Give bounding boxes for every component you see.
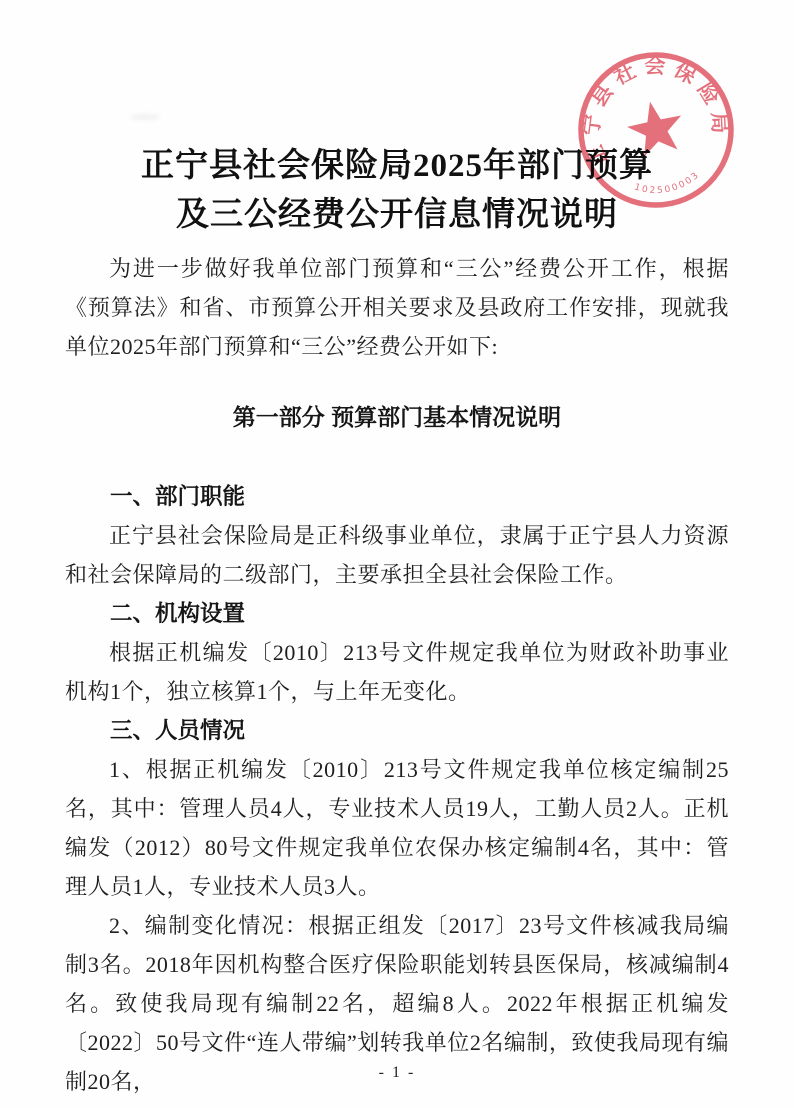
document-content: 正宁县社会保险局2025年部门预算 及三公经费公开信息情况说明 为进一步做好我单… <box>0 0 794 1101</box>
part1-heading: 第一部分 预算部门基本情况说明 <box>65 398 729 437</box>
scan-artifact <box>130 114 160 120</box>
section3-heading: 三、人员情况 <box>65 711 729 750</box>
section2-heading: 二、机构设置 <box>65 594 729 633</box>
document-title: 正宁县社会保险局2025年部门预算 及三公经费公开信息情况说明 <box>65 142 729 240</box>
section3-paragraph-1: 1、根据正机编发〔2010〕213号文件规定我单位核定编制25名，其中：管理人员… <box>65 750 729 906</box>
page-number: - 1 - <box>0 1064 794 1082</box>
section2-paragraph: 根据正机编发〔2010〕213号文件规定我单位为财政补助事业机构1个，独立核算1… <box>65 633 729 711</box>
intro-paragraph: 为进一步做好我单位部门预算和“三公”经费公开工作，根据《预算法》和省、市预算公开… <box>65 249 729 366</box>
document-title-line2: 及三公经费公开信息情况说明 <box>176 197 618 233</box>
section1-heading: 一、部门职能 <box>65 477 729 516</box>
document-title-line1: 正宁县社会保险局2025年部门预算 <box>141 148 653 184</box>
section1-paragraph: 正宁县社会保险局是正科级事业单位，隶属于正宁县人力资源和社会保障局的二级部门，主… <box>65 516 729 594</box>
document-page: 正宁县社会保险局 6210250000331 正宁县社会保险局2025年部门预算… <box>0 0 794 1108</box>
